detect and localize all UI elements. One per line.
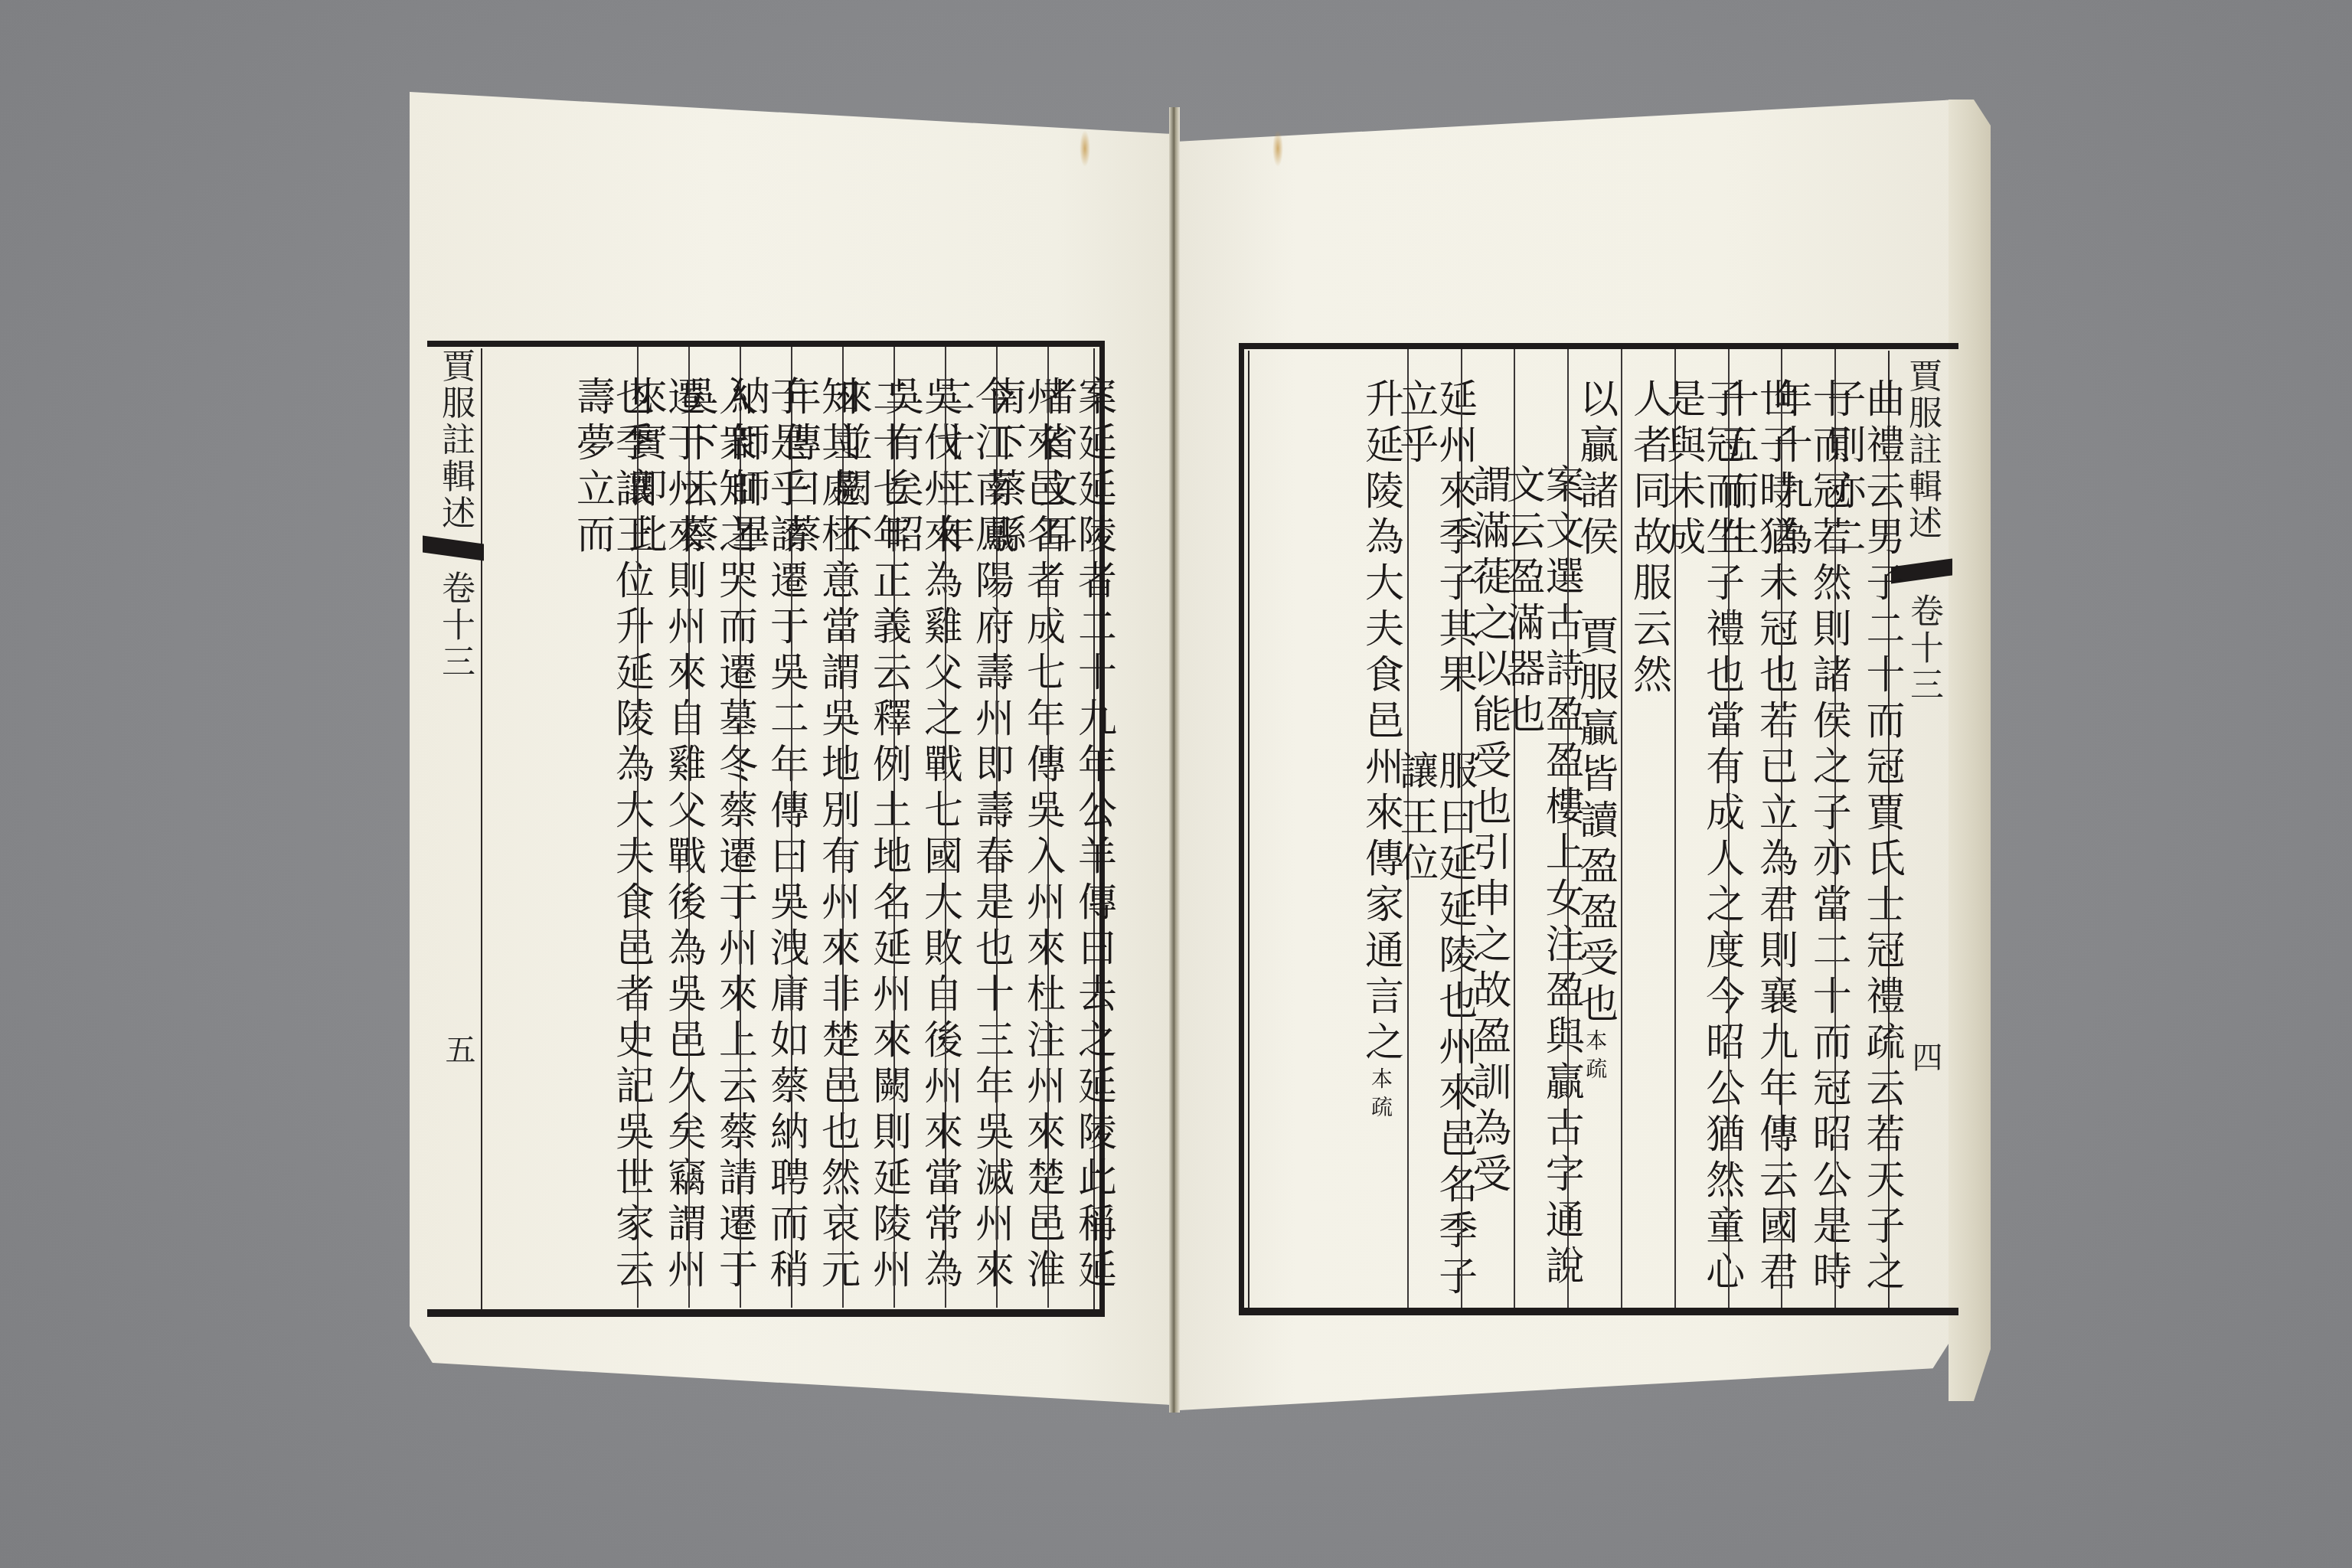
source-note: 本疏 [1584,1029,1606,1086]
book-gutter [1169,107,1180,1413]
text-column: 案文選古詩盈盈樓上女注盈與贏古字通說文云盈滿器也 [1514,349,1567,1308]
left-text-columns: 案延延陵者二十九年公羊傳曰去之延陵此稱延者省文耳 州來邑名者成七年傳吳入州來杜注… [482,347,1099,1308]
right-margin-title: 賈服註輯述 [1897,358,1946,542]
text-column: 延州來季子其果立乎服曰延延陵也州來邑名季子讓王位 [1407,349,1461,1308]
foxing-stain [1272,130,1283,167]
text-column: 曲禮云男子二十而冠賈氏士冠禮疏云若天子之子則亦二 [1834,349,1888,1308]
source-note: 本疏 [1370,1067,1391,1124]
left-margin-volume: 卷十三 [430,570,479,681]
right-text-columns: 曲禮云男子二十而冠賈氏士冠禮疏云若天子之子則亦二 十而冠若然則諸侯之子亦當二十而… [1246,349,1888,1308]
foxing-stain [1080,130,1090,167]
right-margin-volume: 卷十三 [1899,593,1948,704]
left-folio-number: 五 [436,1034,480,1064]
text-column: 案延延陵者二十九年公羊傳曰去之延陵此稱延者省文耳 [1047,347,1099,1308]
gloss: 賈服贏皆讀盈盈受也 [1576,616,1615,1029]
right-folio-number: 四 [1903,1041,1947,1072]
text-column: 以贏諸侯賈服贏皆讀盈盈受也 本疏 [1567,349,1621,1308]
left-margin-title: 賈服註輯述 [430,348,479,532]
